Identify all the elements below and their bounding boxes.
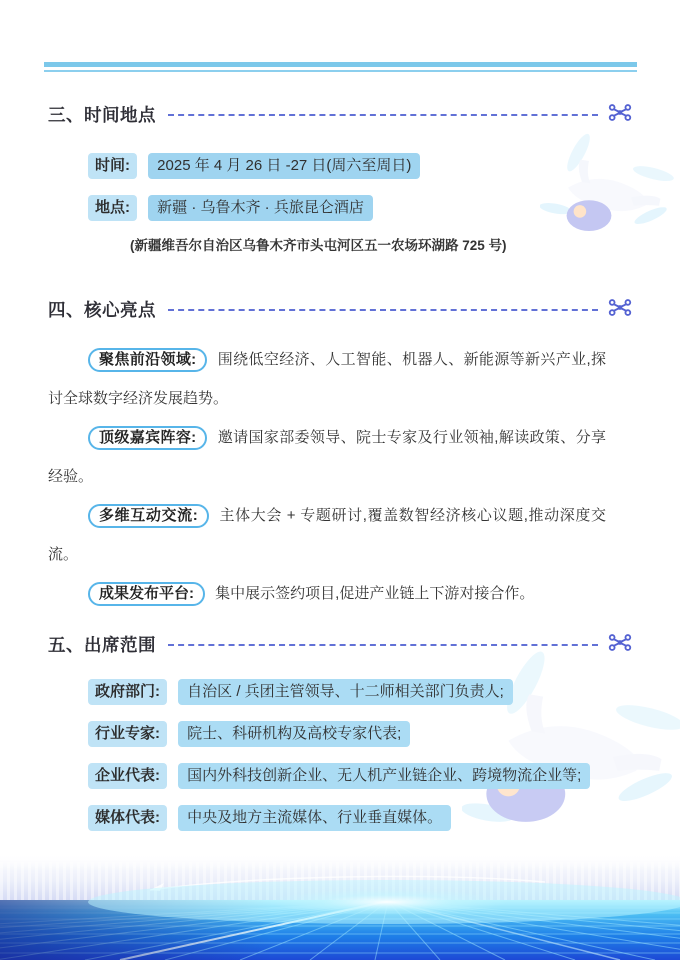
drone-icon xyxy=(608,298,632,322)
time-row: 时间: 2025 年 4 月 26 日 -27 日(周六至周日) xyxy=(88,153,632,179)
highlight-item: 多维互动交流: 主体大会 + 专题研讨,覆盖数智经济核心议题,推动深度交流。 xyxy=(48,496,606,574)
attendee-value: 自治区 / 兵团主管领导、十二师相关部门负责人; xyxy=(178,679,513,705)
attendee-value: 中央及地方主流媒体、行业垂直媒体。 xyxy=(178,805,451,831)
time-value: 2025 年 4 月 26 日 -27 日(周六至周日) xyxy=(148,153,420,179)
top-divider xyxy=(44,62,637,72)
location-value: 新疆 · 乌鲁木齐 · 兵旅昆仑酒店 xyxy=(148,195,373,221)
section-time-location: 三、时间地点 时间: 2025 年 4 月 26 日 -27 日(周六至周日) … xyxy=(48,101,632,254)
attendee-row: 政府部门: 自治区 / 兵团主管领导、十二师相关部门负责人; xyxy=(88,679,632,705)
highlight-item: 顶级嘉宾阵容: 邀请国家部委领导、院士专家及行业领袖,解读政策、分享经验。 xyxy=(48,418,606,496)
attendee-label: 行业专家: xyxy=(88,721,167,747)
location-row: 地点: 新疆 · 乌鲁木齐 · 兵旅昆仑酒店 xyxy=(88,195,632,221)
document-page: 三、时间地点 时间: 2025 年 4 月 26 日 -27 日(周六至周日) … xyxy=(0,0,680,960)
highlight-item: 聚焦前沿领域: 围绕低空经济、人工智能、机器人、新能源等新兴产业,探讨全球数字经… xyxy=(48,340,606,418)
section-title: 四、核心亮点 xyxy=(48,297,156,322)
attendee-label: 政府部门: xyxy=(88,679,167,705)
highlight-pill: 成果发布平台: xyxy=(88,582,205,606)
attendee-value: 院士、科研机构及高校专家代表; xyxy=(178,721,410,747)
highlight-pill: 聚焦前沿领域: xyxy=(88,348,207,372)
dashed-divider xyxy=(168,309,598,311)
attendee-value: 国内外科技创新企业、无人机产业链企业、跨境物流企业等; xyxy=(178,763,590,789)
highlight-item: 成果发布平台: 集中展示签约项目,促进产业链上下游对接合作。 xyxy=(48,574,606,613)
time-label: 时间: xyxy=(88,153,137,179)
address-note: (新疆维吾尔自治区乌鲁木齐市头屯河区五一农场环湖路 725 号) xyxy=(130,234,632,254)
section-heading: 三、时间地点 xyxy=(48,101,632,127)
footer-tech-banner xyxy=(0,854,680,960)
drone-icon xyxy=(608,103,632,127)
location-label: 地点: xyxy=(88,195,137,221)
section-title: 三、时间地点 xyxy=(48,102,156,127)
highlight-pill: 多维互动交流: xyxy=(88,504,209,528)
attendee-row: 行业专家: 院士、科研机构及高校专家代表; xyxy=(88,721,632,747)
attendee-label: 媒体代表: xyxy=(88,805,167,831)
section-attendees: 五、出席范围 政府部门: 自治区 / 兵团主管领导、十二师相关部门负责人; 行业… xyxy=(48,631,632,831)
highlight-text: 集中展示签约项目,促进产业链上下游对接合作。 xyxy=(215,585,534,602)
section-title: 五、出席范围 xyxy=(48,632,156,657)
highlight-pill: 顶级嘉宾阵容: xyxy=(88,426,207,450)
attendee-row: 媒体代表: 中央及地方主流媒体、行业垂直媒体。 xyxy=(88,805,632,831)
top-divider-thick-line xyxy=(44,62,637,67)
attendee-row: 企业代表: 国内外科技创新企业、无人机产业链企业、跨境物流企业等; xyxy=(88,763,632,789)
dashed-divider xyxy=(168,114,598,116)
dashed-divider xyxy=(168,644,598,646)
section-highlights: 四、核心亮点 聚焦前沿领域: 围绕低空经济、人工智能、机器人、新能源等新兴产业,… xyxy=(48,296,632,613)
attendee-label: 企业代表: xyxy=(88,763,167,789)
section-heading: 五、出席范围 xyxy=(48,631,632,657)
top-divider-thin-line xyxy=(44,70,637,72)
drone-icon xyxy=(608,633,632,657)
section-heading: 四、核心亮点 xyxy=(48,296,632,322)
